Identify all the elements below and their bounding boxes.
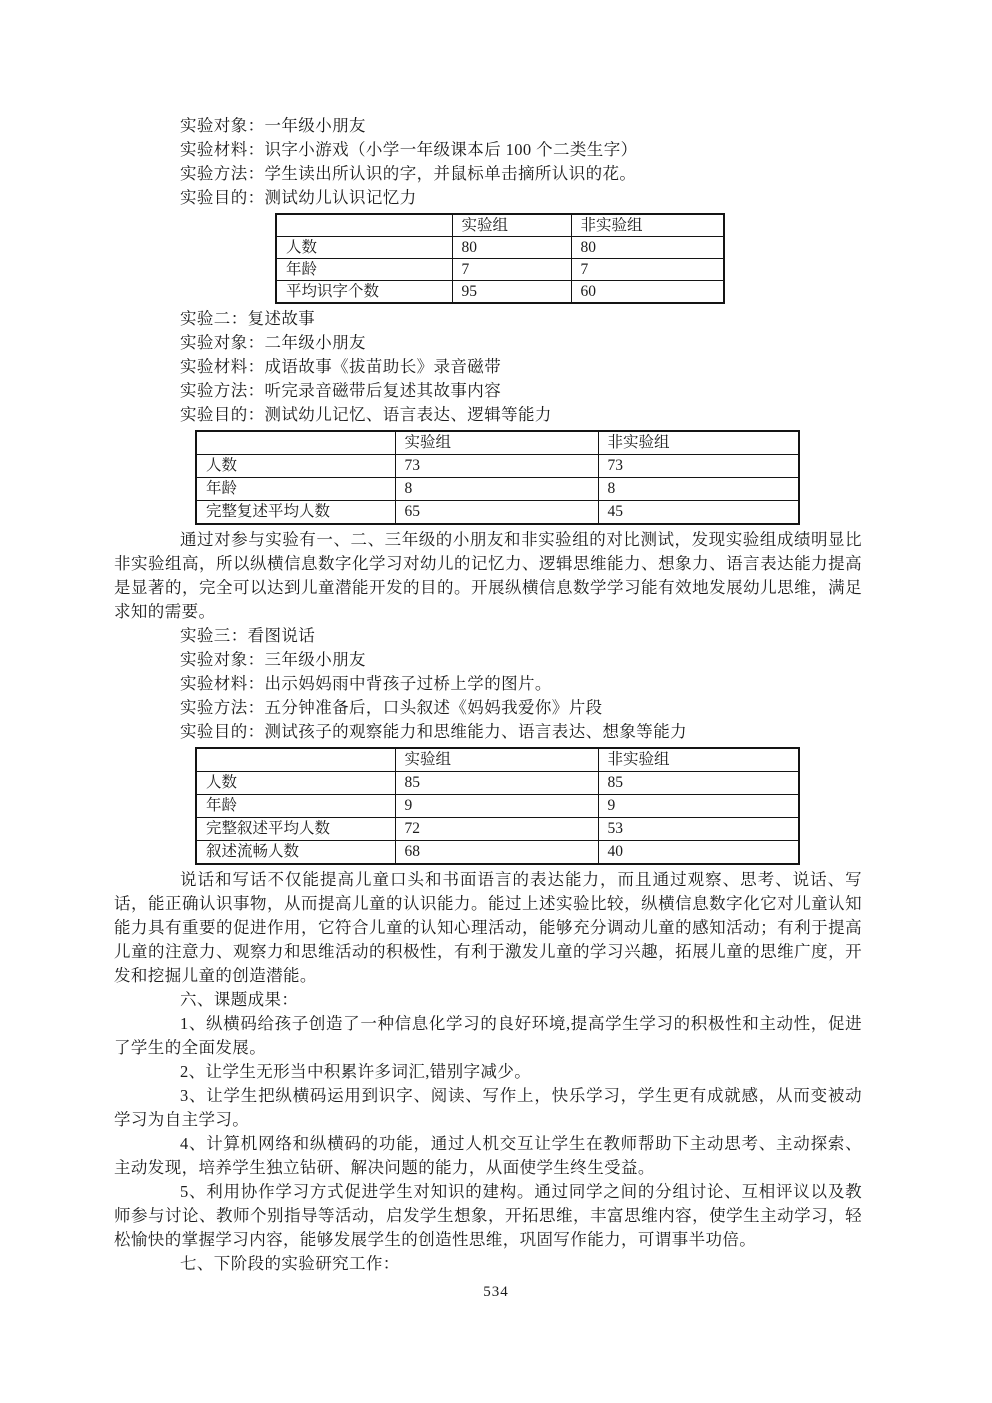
exp2-line-purpose: 实验目的：测试幼儿记忆、语言表达、逻辑等能力: [114, 403, 862, 427]
section7-heading: 七、下阶段的实验研究工作：: [114, 1252, 862, 1276]
paragraph-after-exp2: 通过对参与实验有一、二、三年级的小朋友和非实验组的对比测试，发现实验组成绩明显比…: [114, 528, 862, 624]
section6-heading: 六、课题成果：: [114, 988, 862, 1012]
table-cell: 73: [598, 455, 799, 478]
table-cell: 85: [598, 772, 799, 795]
exp3-line-purpose: 实验目的：测试孩子的观察能力和思维能力、语言表达、想象等能力: [114, 720, 862, 744]
table-cell: 73: [395, 455, 598, 478]
table-cell: 53: [598, 818, 799, 841]
table-cell: 9: [598, 795, 799, 818]
table-header-cell: 非实验组: [571, 214, 724, 237]
exp3-line-method: 实验方法：五分钟准备后，口头叙述《妈妈我爱你》片段: [114, 696, 862, 720]
exp3-results-table: 实验组 非实验组 人数 85 85 年龄 9 9 完整叙述平均人数 72 53: [195, 747, 800, 865]
table-cell: 7: [571, 259, 724, 281]
paragraph-after-exp3: 说话和写话不仅能提高儿童口头和书面语言的表达能力，而且通过观察、思考、说话、写话…: [114, 868, 862, 988]
table-cell: 年龄: [196, 478, 395, 501]
table-cell: 平均识字个数: [276, 281, 452, 304]
section6-item-2: 2、让学生无形当中积累许多词汇,错别字减少。: [114, 1060, 862, 1084]
table-cell: 人数: [196, 455, 395, 478]
table-header-row: 实验组 非实验组: [276, 214, 724, 237]
table-cell: 完整叙述平均人数: [196, 818, 395, 841]
exp2-title: 实验二：复述故事: [114, 307, 862, 331]
exp3-title: 实验三：看图说话: [114, 624, 862, 648]
table-row: 完整叙述平均人数 72 53: [196, 818, 799, 841]
table-cell: 60: [571, 281, 724, 304]
table-cell: 年龄: [196, 795, 395, 818]
table-header-cell: [196, 748, 395, 772]
table-cell: 7: [452, 259, 571, 281]
exp2-results-table: 实验组 非实验组 人数 73 73 年龄 8 8 完整复述平均人数 65 45: [195, 430, 800, 525]
table-header-cell: 非实验组: [598, 431, 799, 455]
table-cell: 年龄: [276, 259, 452, 281]
table-row: 平均识字个数 95 60: [276, 281, 724, 304]
table-row: 人数 80 80: [276, 237, 724, 259]
table-row: 年龄 7 7: [276, 259, 724, 281]
table-header-cell: 实验组: [452, 214, 571, 237]
table-header-row: 实验组 非实验组: [196, 748, 799, 772]
exp1-line-subject: 实验对象：一年级小朋友: [114, 114, 862, 138]
section6-item-3: 3、让学生把纵横码运用到识字、阅读、写作上，快乐学习，学生更有成就感，从而变被动…: [114, 1084, 862, 1132]
document-page: 实验对象：一年级小朋友 实验材料：识字小游戏（小学一年级课本后 100 个二类生…: [0, 0, 992, 1403]
table-cell: 9: [395, 795, 598, 818]
table-cell: 完整复述平均人数: [196, 501, 395, 525]
table-cell: 8: [395, 478, 598, 501]
exp2-line-subject: 实验对象：二年级小朋友: [114, 331, 862, 355]
table-header-cell: [276, 214, 452, 237]
section6-item-1: 1、纵横码给孩子创造了一种信息化学习的良好环境,提高学生学习的积极性和主动性，促…: [114, 1012, 862, 1060]
document-content: 实验对象：一年级小朋友 实验材料：识字小游戏（小学一年级课本后 100 个二类生…: [114, 114, 862, 1276]
table-header-cell: 实验组: [395, 431, 598, 455]
table-cell: 85: [395, 772, 598, 795]
exp1-line-method: 实验方法：学生读出所认识的字，并鼠标单击摘所认识的花。: [114, 162, 862, 186]
table-cell: 80: [571, 237, 724, 259]
exp2-line-material: 实验材料：成语故事《拔苗助长》录音磁带: [114, 355, 862, 379]
table-cell: 叙述流畅人数: [196, 841, 395, 865]
section6-item-5: 5、利用协作学习方式促进学生对知识的建构。通过同学之间的分组讨论、互相评议以及教…: [114, 1180, 862, 1252]
table-row: 叙述流畅人数 68 40: [196, 841, 799, 865]
page-number: 534: [0, 1284, 992, 1301]
table-row: 年龄 8 8: [196, 478, 799, 501]
table-row: 人数 73 73: [196, 455, 799, 478]
table-header-cell: [196, 431, 395, 455]
exp2-line-method: 实验方法：听完录音磁带后复述其故事内容: [114, 379, 862, 403]
table-cell: 8: [598, 478, 799, 501]
table-cell: 72: [395, 818, 598, 841]
table-row: 完整复述平均人数 65 45: [196, 501, 799, 525]
table-cell: 40: [598, 841, 799, 865]
table-header-cell: 实验组: [395, 748, 598, 772]
exp1-line-purpose: 实验目的：测试幼儿认识记忆力: [114, 186, 862, 210]
exp3-line-subject: 实验对象：三年级小朋友: [114, 648, 862, 672]
exp1-results-table: 实验组 非实验组 人数 80 80 年龄 7 7 平均识字个数 95 60: [275, 213, 725, 304]
table-cell: 人数: [196, 772, 395, 795]
table-cell: 人数: [276, 237, 452, 259]
table-cell: 68: [395, 841, 598, 865]
exp3-line-material: 实验材料：出示妈妈雨中背孩子过桥上学的图片。: [114, 672, 862, 696]
table-row: 人数 85 85: [196, 772, 799, 795]
table-header-cell: 非实验组: [598, 748, 799, 772]
table-cell: 45: [598, 501, 799, 525]
section6-item-4: 4、计算机网络和纵横码的功能，通过人机交互让学生在教师帮助下主动思考、主动探索、…: [114, 1132, 862, 1180]
table-cell: 95: [452, 281, 571, 304]
table-cell: 80: [452, 237, 571, 259]
table-cell: 65: [395, 501, 598, 525]
table-row: 年龄 9 9: [196, 795, 799, 818]
exp1-line-material: 实验材料：识字小游戏（小学一年级课本后 100 个二类生字）: [114, 138, 862, 162]
table-header-row: 实验组 非实验组: [196, 431, 799, 455]
